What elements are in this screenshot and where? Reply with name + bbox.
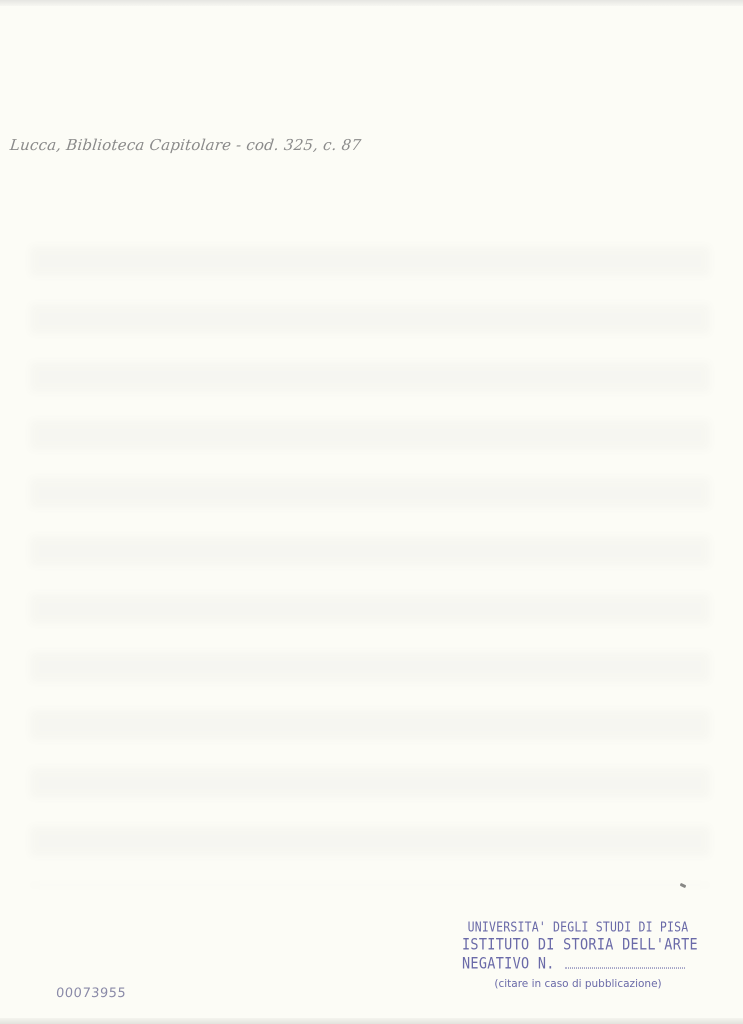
show-through-text (30, 246, 710, 886)
handwritten-caption: Lucca, Biblioteca Capitolare - cod. 325,… (9, 136, 362, 154)
stamp-university: UNIVERSITA' DEGLI STUDI DI PISA (458, 919, 698, 935)
stamp-negative-line: NEGATIVO N. (458, 955, 698, 973)
negative-number-blank (565, 956, 685, 969)
stamp-citation-note: (citare in caso di pubblicazione) (458, 978, 698, 990)
paper-bottom-edge (0, 1018, 743, 1024)
institute-stamp: UNIVERSITA' DEGLI STUDI DI PISA ISTITUTO… (458, 920, 698, 990)
stamp-negative-label: NEGATIVO N. (462, 955, 555, 973)
paper-sheet (0, 6, 743, 1018)
stamp-institute: ISTITUTO DI STORIA DELL'ARTE (458, 936, 698, 954)
inventory-number: 00073955 (55, 986, 126, 1001)
